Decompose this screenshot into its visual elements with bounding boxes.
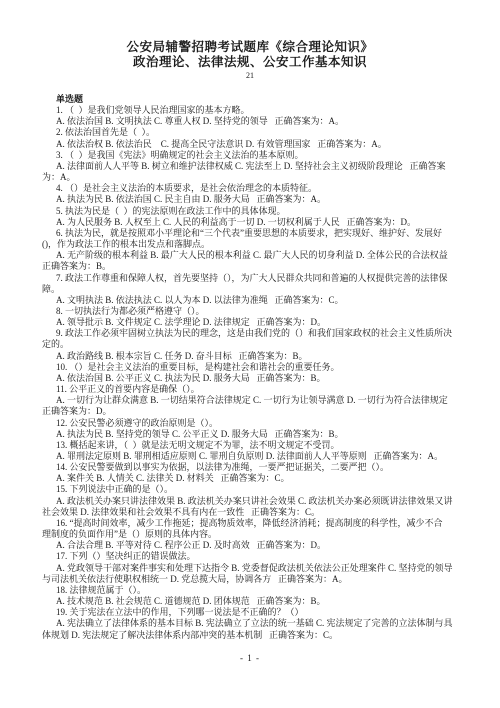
text-line: A. 合法合理 B. 平等对待 C. 程序公正 D. 及时高效 正确答案为：D。 [42,540,466,551]
header-page-note: 21 [0,71,500,80]
text-line: 与司法机关依法行使职权相统一 D. 党总揽大局，协调各方 正确答案为：A。 [42,574,466,585]
text-line: 6. 执法为民，就是按照邓小平理论和“三个代表”重要思想的本质要求，把实现好、维… [42,228,466,239]
text-line: A. 无产阶级的根本利益 B. 最广大人民的根本利益 C. 最广大人民的切身利益… [42,250,466,261]
text-line: 理制度的负面作用”是（）原则的具体内容。 [42,529,466,540]
text-line: A. 罪刑法定原则 B. 罪刑相适应原则 C. 罪刑自负原则 D. 法律面前人人… [42,451,466,462]
text-line: 12. 公安民警必须遵守的政治原则是（）。 [42,418,466,429]
text-line: 正确答案为：B。 [42,261,466,272]
text-line: A. 领导批示 B. 文件规定 C. 法学理论 D. 法律规定 正确答案为：D。 [42,317,466,328]
text-line: 1. （ ）是我们党领导人民治理国家的基本方略。 [42,105,466,116]
text-line: 为：A。 [42,172,466,183]
text-line: A. 依法治国 B. 文明执法 C. 尊重人权 D. 坚持党的领导 正确答案为：… [42,116,466,127]
text-line: 13. 概括起来讲，（ ）就是法无明文规定不为罪，法不明文规定不受罚。 [42,440,466,451]
text-line: A. 依法治权 B. 依法治民 C. 提高全民守法意识 D. 有效管理国家 正确… [42,139,466,150]
text-line: 11. 公平正义的首要内容是确保（）。 [42,384,466,395]
text-line: 正确答案为：D。 [42,406,466,417]
text-line: 定的。 [42,339,466,350]
text-line: A. 政法机关办案只讲法律效果 B. 政法机关办案只讲社会效果 C. 政法机关办… [42,496,466,507]
text-line: 19. 关于宪法在立法中的作用，下列哪一说法是不正确的？（） [42,607,466,618]
text-line: A. 法律面前人人平等 B. 树立和维护法律权威 C. 宪法至上 D. 坚持社会… [42,161,466,172]
text-line: A. 一切行为让群众满意 B. 一切结果符合法律规定 C. 一切行为让领导满意 … [42,395,466,406]
document-header: 公安局辅警招聘考试题库《综合理论知识》 政治理论、法律法规、公安工作基本知识 2… [0,40,500,80]
question-list: 单选题1. （ ）是我们党领导人民治理国家的基本方略。A. 依法治国 B. 文明… [42,94,466,641]
text-line: 18. 法律规范属于（）。 [42,585,466,596]
text-line: A. 依法治国 B. 公平正义 C. 执法为民 D. 服务大局 正确答案为：B。 [42,373,466,384]
text-line: 5. 执法为民是（ ）的宪法原则在政法工作中的具体体现。 [42,206,466,217]
text-line: 体规划 D. 宪法规定了解决法律体系内部冲突的基本机制 正确答案为：C。 [42,630,466,641]
text-line: ()，作为政法工作的根本出发点和落脚点。 [42,239,466,250]
text-line: A. 案件关 B. 人情关 C. 法律关 D. 材料关 正确答案为：C。 [42,473,466,484]
document-page: 公安局辅警招聘考试题库《综合理论知识》 政治理论、法律法规、公安工作基本知识 2… [0,0,500,708]
doc-title-line2: 政治理论、法律法规、公安工作基本知识 [0,55,500,70]
text-line: 15. 下列说法中正确的是（）。 [42,484,466,495]
text-line: 4. （）是社会主义法治的本质要求，是社会依治理念的本质特征。 [42,183,466,194]
text-line: 2. 依法治国首先是（ ）。 [42,127,466,138]
text-line: A. 为人民服务 B. 人权至上 C. 人民的利益高于一切 D. 一切权利属于人… [42,217,466,228]
text-line: 17. 下列（）坚决纠正的错误做法。 [42,551,466,562]
text-line: A. 执法为民 B. 坚持党的领导 C. 公平正义 D. 服务大局 正确答案为：… [42,429,466,440]
text-line: 9. 政法工作必须牢固树立执法为民的理念，这是由我们党的（）和我们国家政权的社会… [42,328,466,339]
text-line: 16. “提高时间效率，减少工作拖延；提高物质效率，降低经济消耗；提高制度的科学… [42,518,466,529]
text-line: 障。 [42,284,466,295]
text-line: 3. （ ）是我国《宪法》明确规定的社会主义法治的基本原则。 [42,150,466,161]
text-line: 7. 政法工作尊重和保障人权，首先要坚持（），为广大人民群众共同和普遍的人权提供… [42,273,466,284]
text-line: A. 文明执法 B. 依法执法 C. 以人为本 D. 以法律为准绳 正确答案为：… [42,295,466,306]
text-line: A. 政治路线 B. 根本宗旨 C. 任务 D. 奋斗目标 正确答案为：B。 [42,351,466,362]
text-line: 14. 公安民警要做到以事实为依据，以法律为准绳，一要严把证据关，二要严把（）。 [42,462,466,473]
text-line: 单选题 [42,94,466,105]
text-line: A. 党政领导干部对案件事实和处理下达指令 B. 党委督促政法机关依法公正处理案… [42,563,466,574]
text-line: 8. 一切执法行为都必须严格遵守（）。 [42,306,466,317]
text-line: A. 技术规范 B. 社会规范 C. 道德规范 D. 团体规范 正确答案为：B。 [42,596,466,607]
doc-title-line1: 公安局辅警招聘考试题库《综合理论知识》 [0,40,500,55]
text-line: A. 宪法确立了法律体系的基本目标 B. 宪法确立了立法的统一基础 C. 宪法规… [42,618,466,629]
page-number-footer: - 1 - [0,653,500,663]
text-line: A. 执法为民 B. 依法治国 C. 民主自由 D. 服务大局 正确答案为：A。 [42,194,466,205]
text-line: 社会效果 D. 法律效果和社会效果不具有内在一致性 正确答案为：C。 [42,507,466,518]
text-line: 10. （）是社会主义法治的重要目标，是构建社会和谐社会的重要任务。 [42,362,466,373]
